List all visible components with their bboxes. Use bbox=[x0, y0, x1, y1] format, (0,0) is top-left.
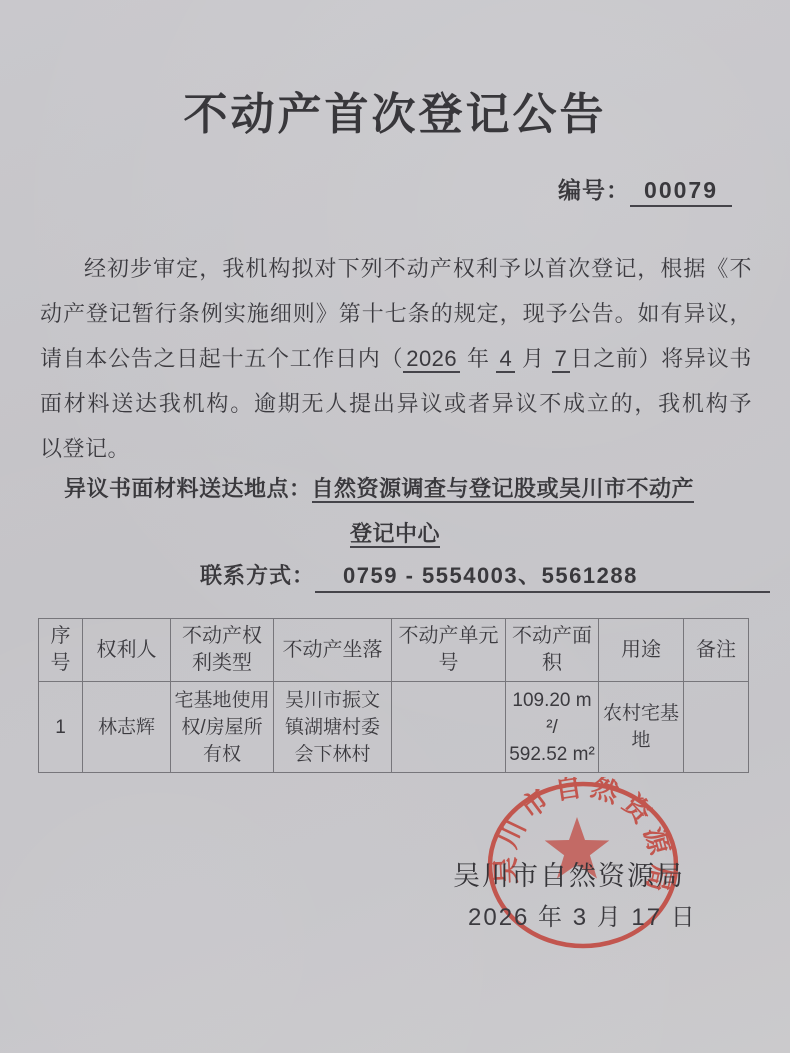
col-header-seq: 序号 bbox=[39, 619, 83, 682]
number-value: 00079 bbox=[630, 177, 732, 207]
col-header-usage: 用途 bbox=[599, 619, 684, 682]
page-title: 不动产首次登记公告 bbox=[0, 78, 790, 142]
col-header-remark: 备注 bbox=[684, 619, 749, 682]
body-line-5: 以登记。 bbox=[40, 426, 752, 471]
col-header-location: 不动产坐落 bbox=[274, 619, 392, 682]
cell-right-type: 宅基地使用权/房屋所有权 bbox=[171, 682, 274, 773]
number-label: 编号： bbox=[558, 177, 630, 203]
delivery-address: 异议书面材料送达地点：自然资源调查与登记股或吴川市不动产 登记中心 bbox=[0, 466, 790, 556]
body-line-1: 经初步审定，我机构拟对下列不动产权利予以首次登记，根据《不 bbox=[40, 246, 752, 291]
table-header-row: 序号 权利人 不动产权利类型 不动产坐落 不动产单元号 不动产面积 用途 备注 bbox=[39, 619, 749, 682]
col-header-right-type: 不动产权利类型 bbox=[171, 619, 274, 682]
deadline-post: 日之前）将异议书 bbox=[570, 346, 752, 371]
body-line-4: 面材料送达我机构。逾期无人提出异议或者异议不成立的，我机构予 bbox=[40, 381, 752, 426]
table-row: 1 林志辉 宅基地使用权/房屋所有权 吴川市振文镇湖塘村委会下林村 109.20… bbox=[39, 682, 749, 773]
deadline-year: 2026 bbox=[403, 346, 460, 373]
cell-location: 吴川市振文镇湖塘村委会下林村 bbox=[274, 682, 392, 773]
col-header-area: 不动产面积 bbox=[506, 619, 599, 682]
registration-table: 序号 权利人 不动产权利类型 不动产坐落 不动产单元号 不动产面积 用途 备注 … bbox=[38, 618, 749, 773]
issuing-org: 吴川市自然资源局 bbox=[453, 854, 713, 893]
deadline-month: 4 bbox=[496, 346, 515, 373]
delivery-line-2: 登记中心 bbox=[0, 511, 790, 556]
contact-value: 0759 - 5554003、5561288 bbox=[315, 559, 770, 593]
contact-label: 联系方式： bbox=[200, 563, 315, 588]
issue-date: 2026 年 3 月 17 日 bbox=[468, 897, 728, 932]
col-header-holder: 权利人 bbox=[83, 619, 171, 682]
announcement-document: 不动产首次登记公告 编号：00079 经初步审定，我机构拟对下列不动产权利予以首… bbox=[0, 0, 790, 1053]
cell-holder: 林志辉 bbox=[83, 682, 171, 773]
delivery-line-1: 异议书面材料送达地点：自然资源调查与登记股或吴川市不动产 bbox=[0, 466, 790, 511]
cell-remark bbox=[684, 682, 749, 773]
delivery-value-1: 自然资源调查与登记股或吴川市不动产 bbox=[312, 476, 695, 503]
delivery-value-2: 登记中心 bbox=[350, 521, 440, 548]
col-header-unit-no: 不动产单元号 bbox=[392, 619, 506, 682]
body-line-2: 动产登记暂行条例实施细则》第十七条的规定，现予公告。如有异议， bbox=[40, 291, 752, 336]
deadline-day: 7 bbox=[552, 346, 571, 373]
contact-info: 联系方式：0759 - 5554003、5561288 bbox=[200, 559, 752, 593]
body-line-3: 请自本公告之日起十五个工作日内（2026 年 4 月 7日之前）将异议书 bbox=[40, 336, 752, 381]
cell-unit-no bbox=[392, 682, 506, 773]
cell-seq: 1 bbox=[39, 682, 83, 773]
delivery-label: 异议书面材料送达地点： bbox=[64, 476, 312, 501]
month-unit: 月 bbox=[522, 346, 545, 371]
cell-area: 109.20 m²/ 592.52 m² bbox=[506, 682, 599, 773]
cell-usage: 农村宅基地 bbox=[599, 682, 684, 773]
deadline-pre: 请自本公告之日起十五个工作日内（ bbox=[40, 346, 403, 371]
year-unit: 年 bbox=[467, 346, 490, 371]
body-paragraph: 经初步审定，我机构拟对下列不动产权利予以首次登记，根据《不 动产登记暂行条例实施… bbox=[40, 246, 752, 471]
document-number: 编号：00079 bbox=[558, 172, 732, 207]
